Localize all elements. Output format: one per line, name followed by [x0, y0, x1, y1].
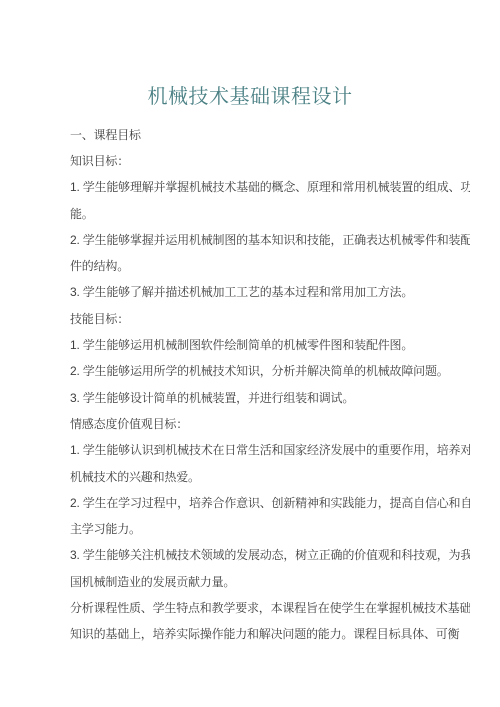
doc-line: 件的结构。 — [70, 252, 470, 278]
doc-line: 2. 学生能够掌握并运用机械制图的基本知识和技能，正确表达机械零件和装配 — [70, 226, 470, 252]
doc-line: 2. 学生能够运用所学的机械技术知识，分析并解决简单的机械故障问题。 — [70, 358, 470, 384]
doc-line: 能。 — [70, 200, 470, 226]
document-body: 一、课程目标 知识目标： 1. 学生能够理解并掌握机械技术基础的概念、原理和常用… — [0, 121, 500, 647]
doc-line: 1. 学生能够认识到机械技术在日常生活和国家经济发展中的重要作用，培养对 — [70, 437, 470, 463]
doc-line: 3. 学生能够了解并描述机械加工工艺的基本过程和常用加工方法。 — [70, 279, 470, 305]
doc-line-knowledge-heading: 知识目标： — [70, 147, 470, 173]
doc-line: 1. 学生能够运用机械制图软件绘制简单的机械零件图和装配件图。 — [70, 331, 470, 357]
doc-line: 知识的基础上，培养实际操作能力和解决问题的能力。课程目标具体、可衡 — [70, 621, 470, 647]
doc-line: 机械技术的兴趣和热爱。 — [70, 463, 470, 489]
doc-line: 3. 学生能够关注机械技术领域的发展动态，树立正确的价值观和科技观，为我 — [70, 542, 470, 568]
document-title: 机械技术基础课程设计 — [0, 84, 500, 110]
doc-line: 国机械制造业的发展贡献力量。 — [70, 568, 470, 594]
doc-line-skill-heading: 技能目标： — [70, 305, 470, 331]
doc-line-section-heading: 一、课程目标 — [70, 121, 470, 147]
doc-line: 分析课程性质、学生特点和教学要求，本课程旨在使学生在掌握机械技术基础 — [70, 594, 470, 620]
document-page: 机械技术基础课程设计 一、课程目标 知识目标： 1. 学生能够理解并掌握机械技术… — [0, 0, 500, 707]
doc-line: 1. 学生能够理解并掌握机械技术基础的概念、原理和常用机械装置的组成、功 — [70, 174, 470, 200]
doc-line: 主学习能力。 — [70, 515, 470, 541]
doc-line: 2. 学生在学习过程中，培养合作意识、创新精神和实践能力，提高自信心和自 — [70, 489, 470, 515]
doc-line-values-heading: 情感态度价值观目标： — [70, 410, 470, 436]
doc-line: 3. 学生能够设计简单的机械装置，并进行组装和调试。 — [70, 384, 470, 410]
